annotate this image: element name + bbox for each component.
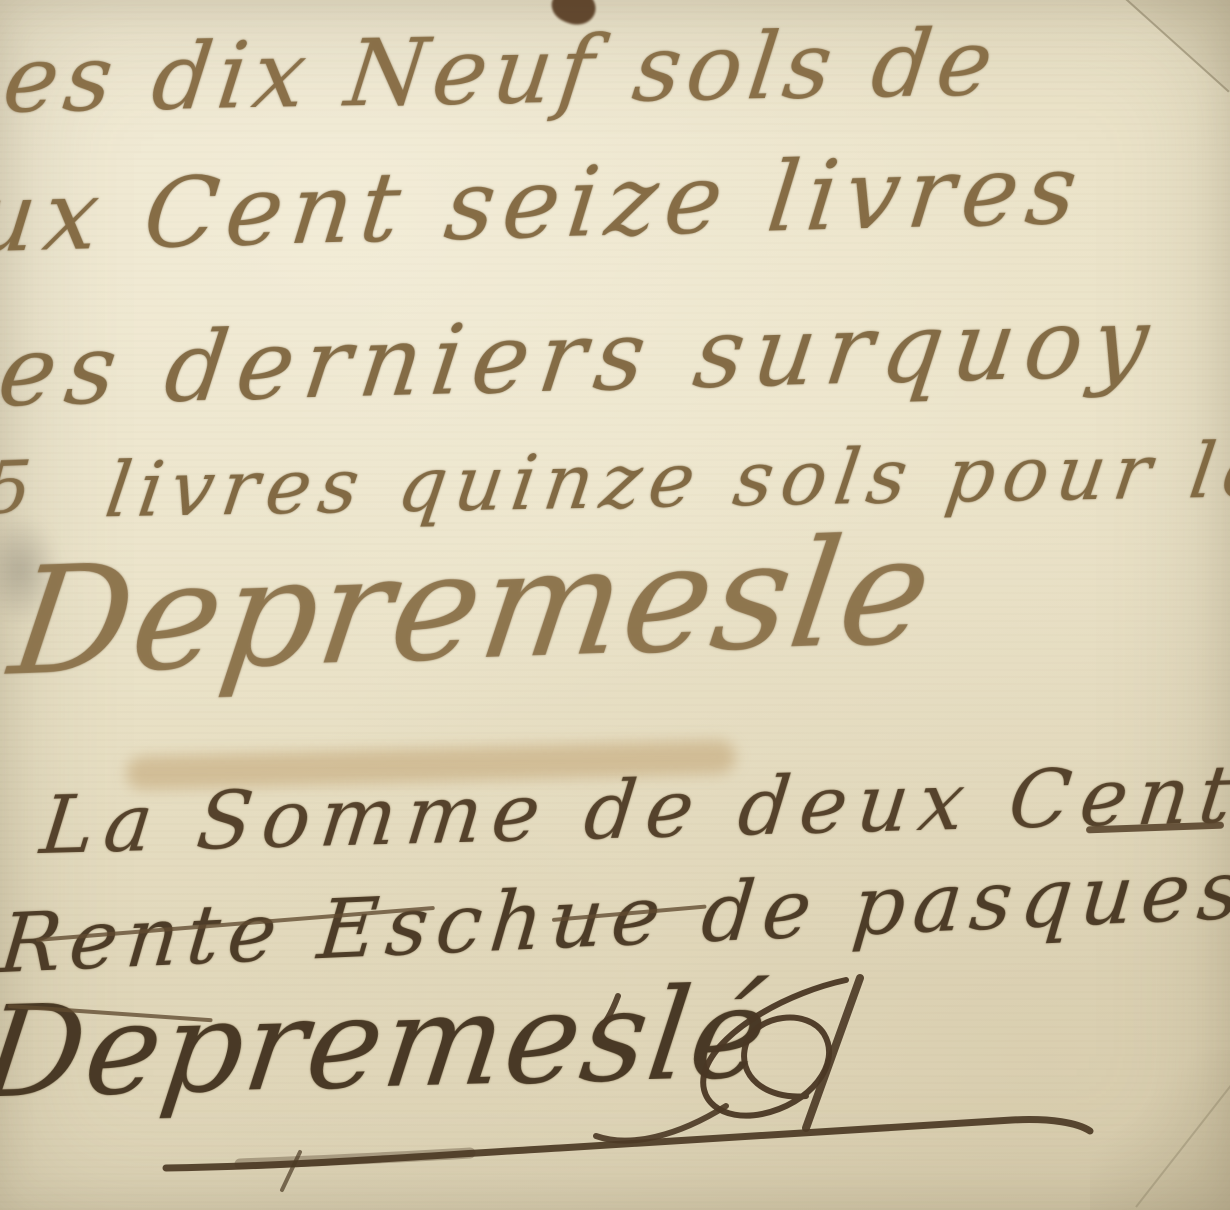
- manuscript-photo: es dix Neuf sols de ux Cent seize livres…: [0, 0, 1230, 1210]
- signature-paraph-tail: [596, 1106, 726, 1141]
- signature-paraph: [703, 980, 846, 1116]
- underline-ink-pool: [240, 1153, 470, 1164]
- ink-flourishes: [0, 0, 1230, 1210]
- signature-paraph-slash: [806, 978, 860, 1128]
- signature-comma: [600, 996, 618, 1030]
